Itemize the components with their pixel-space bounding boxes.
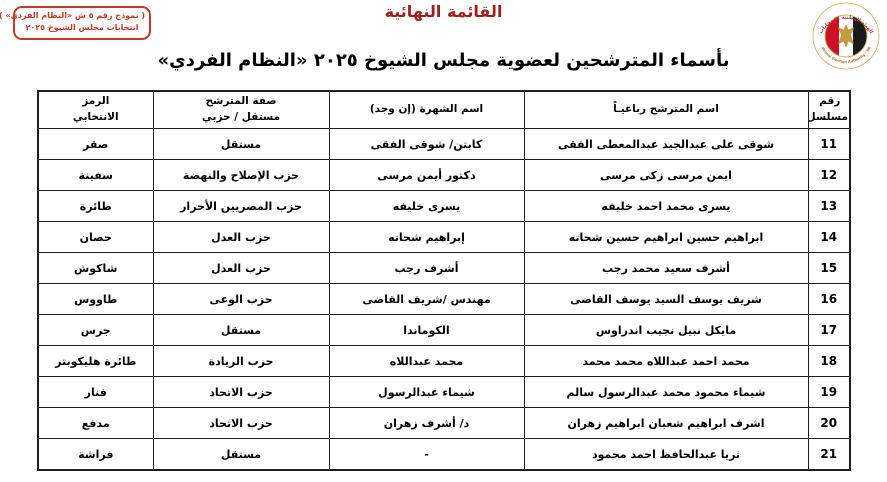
serial-cell: 18 bbox=[808, 346, 850, 377]
table-row: 14ابراهيم حسين ابراهيم حسين شحاتهإبراهيم… bbox=[38, 222, 850, 253]
alias-cell: شيماء عبدالرسول bbox=[329, 377, 524, 408]
candidate-name-cell: شريف يوسف السيد يوسف القاضى bbox=[524, 284, 808, 315]
alias-cell: د/ أشرف زهران bbox=[329, 408, 524, 439]
candidate-name-cell: محمد احمد عبداللاه محمد محمد bbox=[524, 346, 808, 377]
alias-cell: محمد عبداللاه bbox=[329, 346, 524, 377]
table-row: 20اشرف ابراهيم شعبان ابراهيم زهراند/ أشر… bbox=[38, 408, 850, 439]
header-alias: اسم الشهرة (إن وجد) bbox=[329, 91, 524, 129]
symbol-cell: فنار bbox=[38, 377, 153, 408]
capacity-cell: مستقل bbox=[153, 129, 329, 160]
symbol-cell: مدفع bbox=[38, 408, 153, 439]
alias-cell: - bbox=[329, 439, 524, 471]
candidate-name-cell: مايكل نبيل نجيب اندراوس bbox=[524, 315, 808, 346]
header-name-line1: اسم المترشح رباعيـاً bbox=[527, 102, 806, 118]
final-candidates-list-page: { "page": { "title": "القائمة النهائية",… bbox=[0, 0, 887, 482]
table-row: 16شريف يوسف السيد يوسف القاضىمهندس /شريف… bbox=[38, 284, 850, 315]
capacity-cell: مستقل bbox=[153, 315, 329, 346]
table-row: 11شوقى على عبدالجيد عبدالمعطى الفقىكابتن… bbox=[38, 129, 850, 160]
serial-cell: 17 bbox=[808, 315, 850, 346]
serial-cell: 20 bbox=[808, 408, 850, 439]
header-capacity-line2: مستقل / حزبي bbox=[156, 110, 327, 126]
symbol-cell: صقر bbox=[38, 129, 153, 160]
capacity-cell: حزب الإصلاح والنهضة bbox=[153, 160, 329, 191]
list-subtitle: بأسماء المترشحين لعضوية مجلس الشيوخ ٢٠٢٥… bbox=[0, 50, 887, 71]
serial-cell: 21 bbox=[808, 439, 850, 471]
candidate-name-cell: ثريا عبدالحافظ احمد محمود bbox=[524, 439, 808, 471]
header-candidate-name: اسم المترشح رباعيـاً bbox=[524, 91, 808, 129]
alias-cell: مهندس /شريف القاضى bbox=[329, 284, 524, 315]
candidates-table: رقم مسلسل اسم المترشح رباعيـاً اسم الشهر… bbox=[37, 90, 851, 471]
capacity-cell: مستقل bbox=[153, 439, 329, 471]
serial-cell: 13 bbox=[808, 191, 850, 222]
candidate-name-cell: أشرف سعيد محمد رجب bbox=[524, 253, 808, 284]
candidate-name-cell: شيماء محمود محمد عبدالرسول سالم bbox=[524, 377, 808, 408]
candidate-name-cell: ايمن مرسى زكى مرسى bbox=[524, 160, 808, 191]
symbol-cell: سفينة bbox=[38, 160, 153, 191]
symbol-cell: طائرة هليكوبتر bbox=[38, 346, 153, 377]
table-row: 12ايمن مرسى زكى مرسىدكتور أيمن مرسىحزب ا… bbox=[38, 160, 850, 191]
serial-cell: 16 bbox=[808, 284, 850, 315]
symbol-cell: جرس bbox=[38, 315, 153, 346]
header-symbol: الرمز الانتخابي bbox=[38, 91, 153, 129]
header-capacity-line1: صفة المترشح bbox=[156, 94, 327, 110]
header-serial-line1: رقم bbox=[812, 94, 849, 110]
header-capacity: صفة المترشح مستقل / حزبي bbox=[153, 91, 329, 129]
capacity-cell: حزب الوعى bbox=[153, 284, 329, 315]
table-row: 17مايكل نبيل نجيب اندراوسالكوماندامستقلج… bbox=[38, 315, 850, 346]
candidate-name-cell: ابراهيم حسين ابراهيم حسين شحاته bbox=[524, 222, 808, 253]
alias-cell: أشرف رجب bbox=[329, 253, 524, 284]
candidate-name-cell: اشرف ابراهيم شعبان ابراهيم زهران bbox=[524, 408, 808, 439]
header-serial: رقم مسلسل bbox=[808, 91, 850, 129]
header-row: رقم مسلسل اسم المترشح رباعيـاً اسم الشهر… bbox=[38, 91, 850, 129]
capacity-cell: حزب المصريين الأحرار bbox=[153, 191, 329, 222]
table-row: 19شيماء محمود محمد عبدالرسول سالمشيماء ع… bbox=[38, 377, 850, 408]
symbol-cell: طائرة bbox=[38, 191, 153, 222]
symbol-cell: شاكوش bbox=[38, 253, 153, 284]
symbol-cell: طاووس bbox=[38, 284, 153, 315]
candidate-name-cell: شوقى على عبدالجيد عبدالمعطى الفقى bbox=[524, 129, 808, 160]
alias-cell: الكوماندا bbox=[329, 315, 524, 346]
alias-cell: كابتن/ شوقى الفقى bbox=[329, 129, 524, 160]
serial-cell: 12 bbox=[808, 160, 850, 191]
form-number-stamp: ( نموذج رقم ٥ ش «النظام الفردي» ) انتخاب… bbox=[13, 6, 151, 40]
candidate-name-cell: يسرى محمد احمد خليفه bbox=[524, 191, 808, 222]
header-symbol-line1: الرمز bbox=[41, 94, 151, 110]
table-row: 15أشرف سعيد محمد رجبأشرف رجبحزب العدلشاك… bbox=[38, 253, 850, 284]
capacity-cell: حزب الاتحاد bbox=[153, 408, 329, 439]
stamp-line-1: ( نموذج رقم ٥ ش «النظام الفردي» ) bbox=[19, 10, 145, 22]
serial-cell: 11 bbox=[808, 129, 850, 160]
alias-cell: إبراهيم شحاته bbox=[329, 222, 524, 253]
serial-cell: 14 bbox=[808, 222, 850, 253]
symbol-cell: حصان bbox=[38, 222, 153, 253]
capacity-cell: حزب العدل bbox=[153, 222, 329, 253]
serial-cell: 19 bbox=[808, 377, 850, 408]
candidates-tbody: 11شوقى على عبدالجيد عبدالمعطى الفقىكابتن… bbox=[38, 129, 850, 471]
alias-cell: يسرى خليفه bbox=[329, 191, 524, 222]
header-serial-line2: مسلسل bbox=[812, 110, 849, 126]
capacity-cell: حزب الريادة bbox=[153, 346, 329, 377]
stamp-line-2: انتخابات مجلس الشيوخ ٢٠٢٥ bbox=[19, 22, 145, 34]
capacity-cell: حزب الاتحاد bbox=[153, 377, 329, 408]
capacity-cell: حزب العدل bbox=[153, 253, 329, 284]
header-alias-line1: اسم الشهرة (إن وجد) bbox=[332, 102, 522, 118]
symbol-cell: فراشة bbox=[38, 439, 153, 471]
table-row: 13يسرى محمد احمد خليفهيسرى خليفهحزب المص… bbox=[38, 191, 850, 222]
alias-cell: دكتور أيمن مرسى bbox=[329, 160, 524, 191]
serial-cell: 15 bbox=[808, 253, 850, 284]
header-symbol-line2: الانتخابي bbox=[41, 110, 151, 126]
table-row: 21ثريا عبدالحافظ احمد محمود-مستقلفراشة bbox=[38, 439, 850, 471]
table-row: 18محمد احمد عبداللاه محمد محمدمحمد عبدال… bbox=[38, 346, 850, 377]
